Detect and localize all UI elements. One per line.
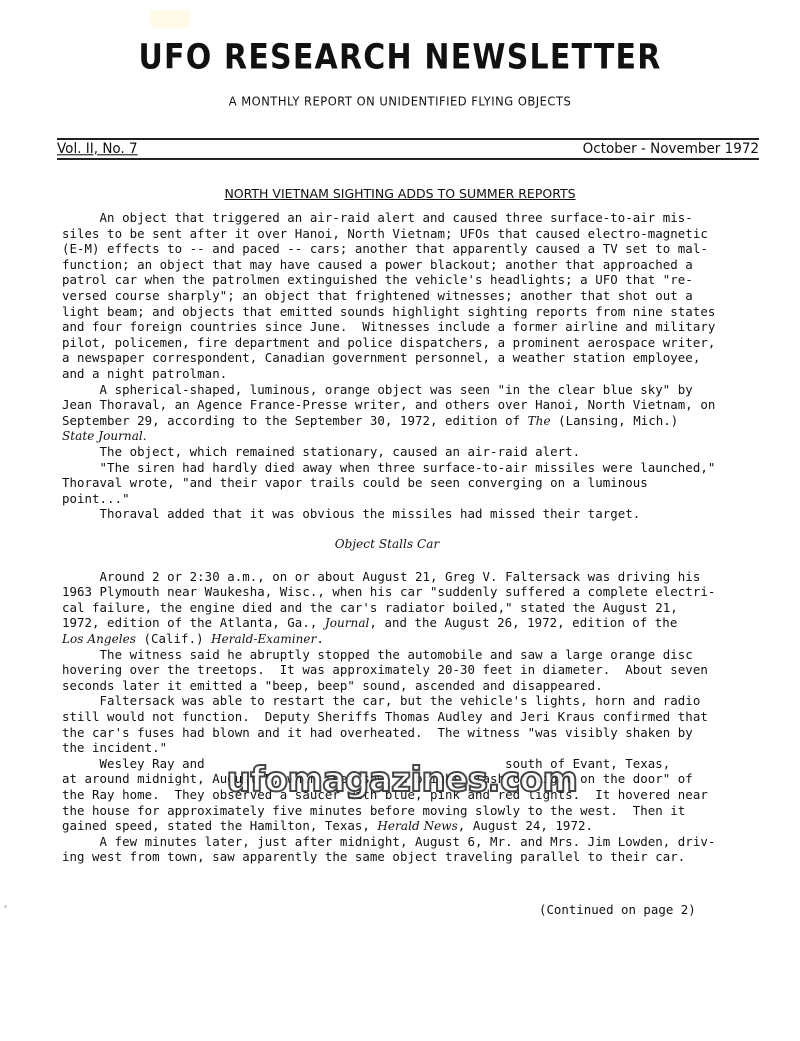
paragraph-line: pilot, policemen, fire department and po…	[62, 335, 774, 351]
text-span: , and the August 26, 1972, edition of th…	[369, 615, 677, 630]
publication-name: State Journal.	[62, 429, 147, 443]
issue-line: Vol. II, No. 7 October - November 1972	[57, 140, 759, 159]
paragraph-line: function; an object that may have caused…	[62, 257, 774, 273]
paragraph-line: 1972, edition of the Atlanta, Ga., Journ…	[62, 615, 774, 631]
paper-speck	[4, 905, 7, 908]
publication-name: Herald News	[377, 819, 457, 833]
paragraph-line: Faltersack was able to restart the car, …	[62, 693, 774, 709]
spacer	[62, 553, 774, 569]
subheading: Object Stalls Car	[62, 537, 712, 553]
paragraph-line: Thoraval wrote, "and their vapor trails …	[62, 475, 774, 491]
text-span: (Calif.)	[136, 631, 211, 646]
paragraph-line: An object that triggered an air-raid ale…	[62, 210, 774, 226]
header-rule-bottom	[57, 158, 759, 160]
paragraph-line: Around 2 or 2:30 a.m., on or about Augus…	[62, 569, 774, 585]
paragraph-line: Los Angeles (Calif.) Herald-Examiner.	[62, 631, 774, 647]
section-1-tail: The object, which remained stationary, c…	[62, 444, 774, 522]
paper-speck	[150, 10, 190, 28]
paragraph-line: and four foreign countries since June. W…	[62, 319, 774, 335]
paragraph-line: seconds later it emitted a "beep, beep" …	[62, 678, 774, 694]
paragraph-line: 1963 Plymouth near Waukesha, Wisc., when…	[62, 584, 774, 600]
paragraph-line: the incident."	[62, 740, 774, 756]
issue-date: October - November 1972	[583, 141, 759, 158]
text-span: gained speed, stated the Hamilton, Texas…	[62, 818, 377, 833]
paragraph-line: State Journal.	[62, 428, 774, 444]
paragraph-line: patrol car when the patrolmen extinguish…	[62, 272, 774, 288]
section-2-tail: A few minutes later, just after midnight…	[62, 834, 774, 865]
watermark: ufomagazines.com	[222, 760, 582, 800]
paragraph-line: siles to be sent after it over Hanoi, No…	[62, 226, 774, 242]
continued-note: (Continued on page 2)	[539, 902, 696, 917]
paragraph-line: September 29, according to the September…	[62, 413, 774, 429]
text-span: (Lansing, Mich.)	[551, 413, 679, 428]
section-1: An object that triggered an air-raid ale…	[62, 210, 774, 413]
newsletter-title: UFO RESEARCH NEWSLETTER	[0, 37, 800, 77]
section-2: Around 2 or 2:30 a.m., on or about Augus…	[62, 569, 774, 616]
publication-name: Herald-Examiner	[211, 632, 316, 646]
spacer	[62, 522, 774, 538]
paragraph-line: point..."	[62, 491, 774, 507]
paragraph-line: still would not function. Deputy Sheriff…	[62, 709, 774, 725]
paragraph-line: The witness said he abruptly stopped the…	[62, 647, 774, 663]
text-span: , August 24, 1972.	[458, 818, 593, 833]
paragraph-line: light beam; and objects that emitted sou…	[62, 304, 774, 320]
paragraph-line: ing west from town, saw apparently the s…	[62, 849, 774, 865]
paragraph-line: the car's fuses had blown and it had ove…	[62, 725, 774, 741]
paragraph-line: the house for approximately five minutes…	[62, 803, 774, 819]
text-span: September 29, according to the September…	[62, 413, 528, 428]
paragraph-line: hovering over the treetops. It was appro…	[62, 662, 774, 678]
newsletter-subtitle: A MONTHLY REPORT ON UNIDENTIFIED FLYING …	[0, 93, 800, 108]
paragraph-line: "The siren had hardly died away when thr…	[62, 460, 774, 476]
publication-name: Los Angeles	[62, 632, 136, 646]
paragraph-line: gained speed, stated the Hamilton, Texas…	[62, 818, 774, 834]
text-span: .	[316, 631, 324, 646]
paragraph-line: Thoraval added that it was obvious the m…	[62, 506, 774, 522]
paragraph-line: a newspaper correspondent, Canadian gove…	[62, 350, 774, 366]
article-headline: NORTH VIETNAM SIGHTING ADDS TO SUMMER RE…	[0, 186, 800, 201]
publication-name: Journal	[325, 616, 370, 630]
publication-name: The	[528, 414, 551, 428]
paragraph-line: and a night patrolman.	[62, 366, 774, 382]
volume-number: Vol. II, No. 7	[57, 141, 138, 158]
paragraph-line: The object, which remained stationary, c…	[62, 444, 774, 460]
paragraph-line: A few minutes later, just after midnight…	[62, 834, 774, 850]
headline-text: NORTH VIETNAM SIGHTING ADDS TO SUMMER RE…	[224, 186, 575, 201]
paragraph-line: A spherical-shaped, luminous, orange obj…	[62, 382, 774, 398]
paragraph-line: (E-M) effects to -- and paced -- cars; a…	[62, 241, 774, 257]
paragraph-line: cal failure, the engine died and the car…	[62, 600, 774, 616]
paragraph-line: Jean Thoraval, an Agence France-Presse w…	[62, 397, 774, 413]
text-span: 1972, edition of the Atlanta, Ga.,	[62, 615, 325, 630]
paragraph-line: versed course sharply"; an object that f…	[62, 288, 774, 304]
